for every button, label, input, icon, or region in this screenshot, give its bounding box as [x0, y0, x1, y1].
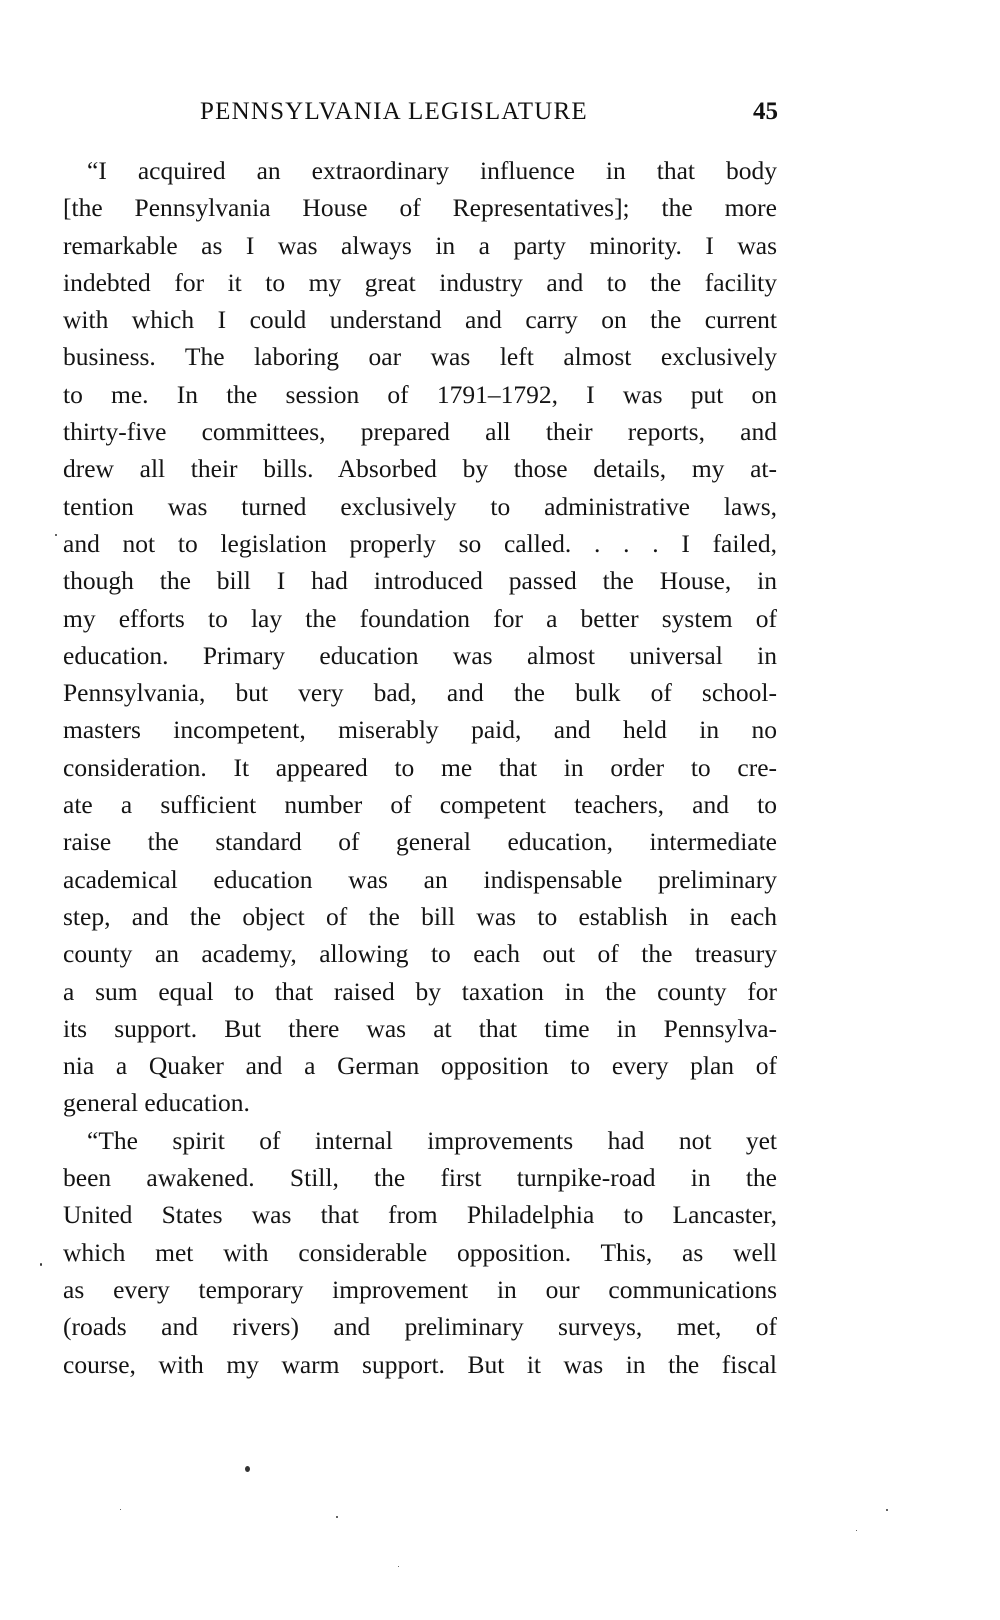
text-line: ate a sufficient number of competent tea…	[63, 786, 777, 823]
text-line: business. The laboring oar was left almo…	[63, 338, 777, 375]
text-line: tention was turned exclusively to admini…	[63, 488, 777, 525]
scan-speck	[245, 1466, 250, 1472]
text-line: education. Primary education was almost …	[63, 637, 777, 674]
text-line: with which I could understand and carry …	[63, 301, 777, 338]
scan-speck	[336, 1516, 338, 1518]
text-line: its support. But there was at that time …	[63, 1010, 777, 1047]
scan-speck	[120, 1509, 121, 1510]
text-line: (roads and rivers) and preliminary surve…	[63, 1308, 777, 1345]
text-line: as every temporary improvement in our co…	[63, 1271, 777, 1308]
text-line: consideration. It appeared to me that in…	[63, 749, 777, 786]
text-line: academical education was an indispensabl…	[63, 861, 777, 898]
text-line: thirty-five committees, prepared all the…	[63, 413, 777, 450]
text-line: masters incompetent, miserably paid, and…	[63, 711, 777, 748]
text-line: [the Pennsylvania House of Representativ…	[63, 189, 777, 226]
scan-speck	[398, 1566, 399, 1567]
text-line: “The spirit of internal improvements had…	[63, 1122, 777, 1159]
text-line: and not to legislation properly so calle…	[63, 525, 777, 562]
text-line: nia a Quaker and a German opposition to …	[63, 1047, 777, 1084]
running-title: PENNSYLVANIA LEGISLATURE	[200, 98, 588, 126]
text-line: though the bill I had introduced passed …	[63, 562, 777, 599]
text-line: to me. In the session of 1791–1792, I wa…	[63, 376, 777, 413]
page-number: 45	[753, 98, 778, 126]
text-line: step, and the object of the bill was to …	[63, 898, 777, 935]
body-text: “I acquired an extraordinary influence i…	[63, 152, 777, 1383]
scan-speck	[40, 1263, 42, 1266]
scan-speck	[886, 1509, 888, 1511]
text-line: drew all their bills. Absorbed by those …	[63, 450, 777, 487]
running-head: PENNSYLVANIA LEGISLATURE 45	[200, 98, 778, 132]
text-line: general education.	[63, 1084, 777, 1121]
text-line: Pennsylvania, but very bad, and the bulk…	[63, 674, 777, 711]
scan-speck	[856, 1530, 857, 1531]
text-line: county an academy, allowing to each out …	[63, 935, 777, 972]
text-line: been awakened. Still, the first turnpike…	[63, 1159, 777, 1196]
text-line: indebted for it to my great industry and…	[63, 264, 777, 301]
book-page: PENNSYLVANIA LEGISLATURE 45 “I acquired …	[0, 0, 1000, 1620]
text-line: course, with my warm support. But it was…	[63, 1346, 777, 1383]
text-line: United States was that from Philadelphia…	[63, 1196, 777, 1233]
text-line: raise the standard of general education,…	[63, 823, 777, 860]
text-line: which met with considerable opposition. …	[63, 1234, 777, 1271]
text-line: remarkable as I was always in a party mi…	[63, 227, 777, 264]
scan-speck	[55, 534, 57, 536]
text-line: my efforts to lay the foundation for a b…	[63, 600, 777, 637]
text-line: a sum equal to that raised by taxation i…	[63, 973, 777, 1010]
text-line: “I acquired an extraordinary influence i…	[63, 152, 777, 189]
